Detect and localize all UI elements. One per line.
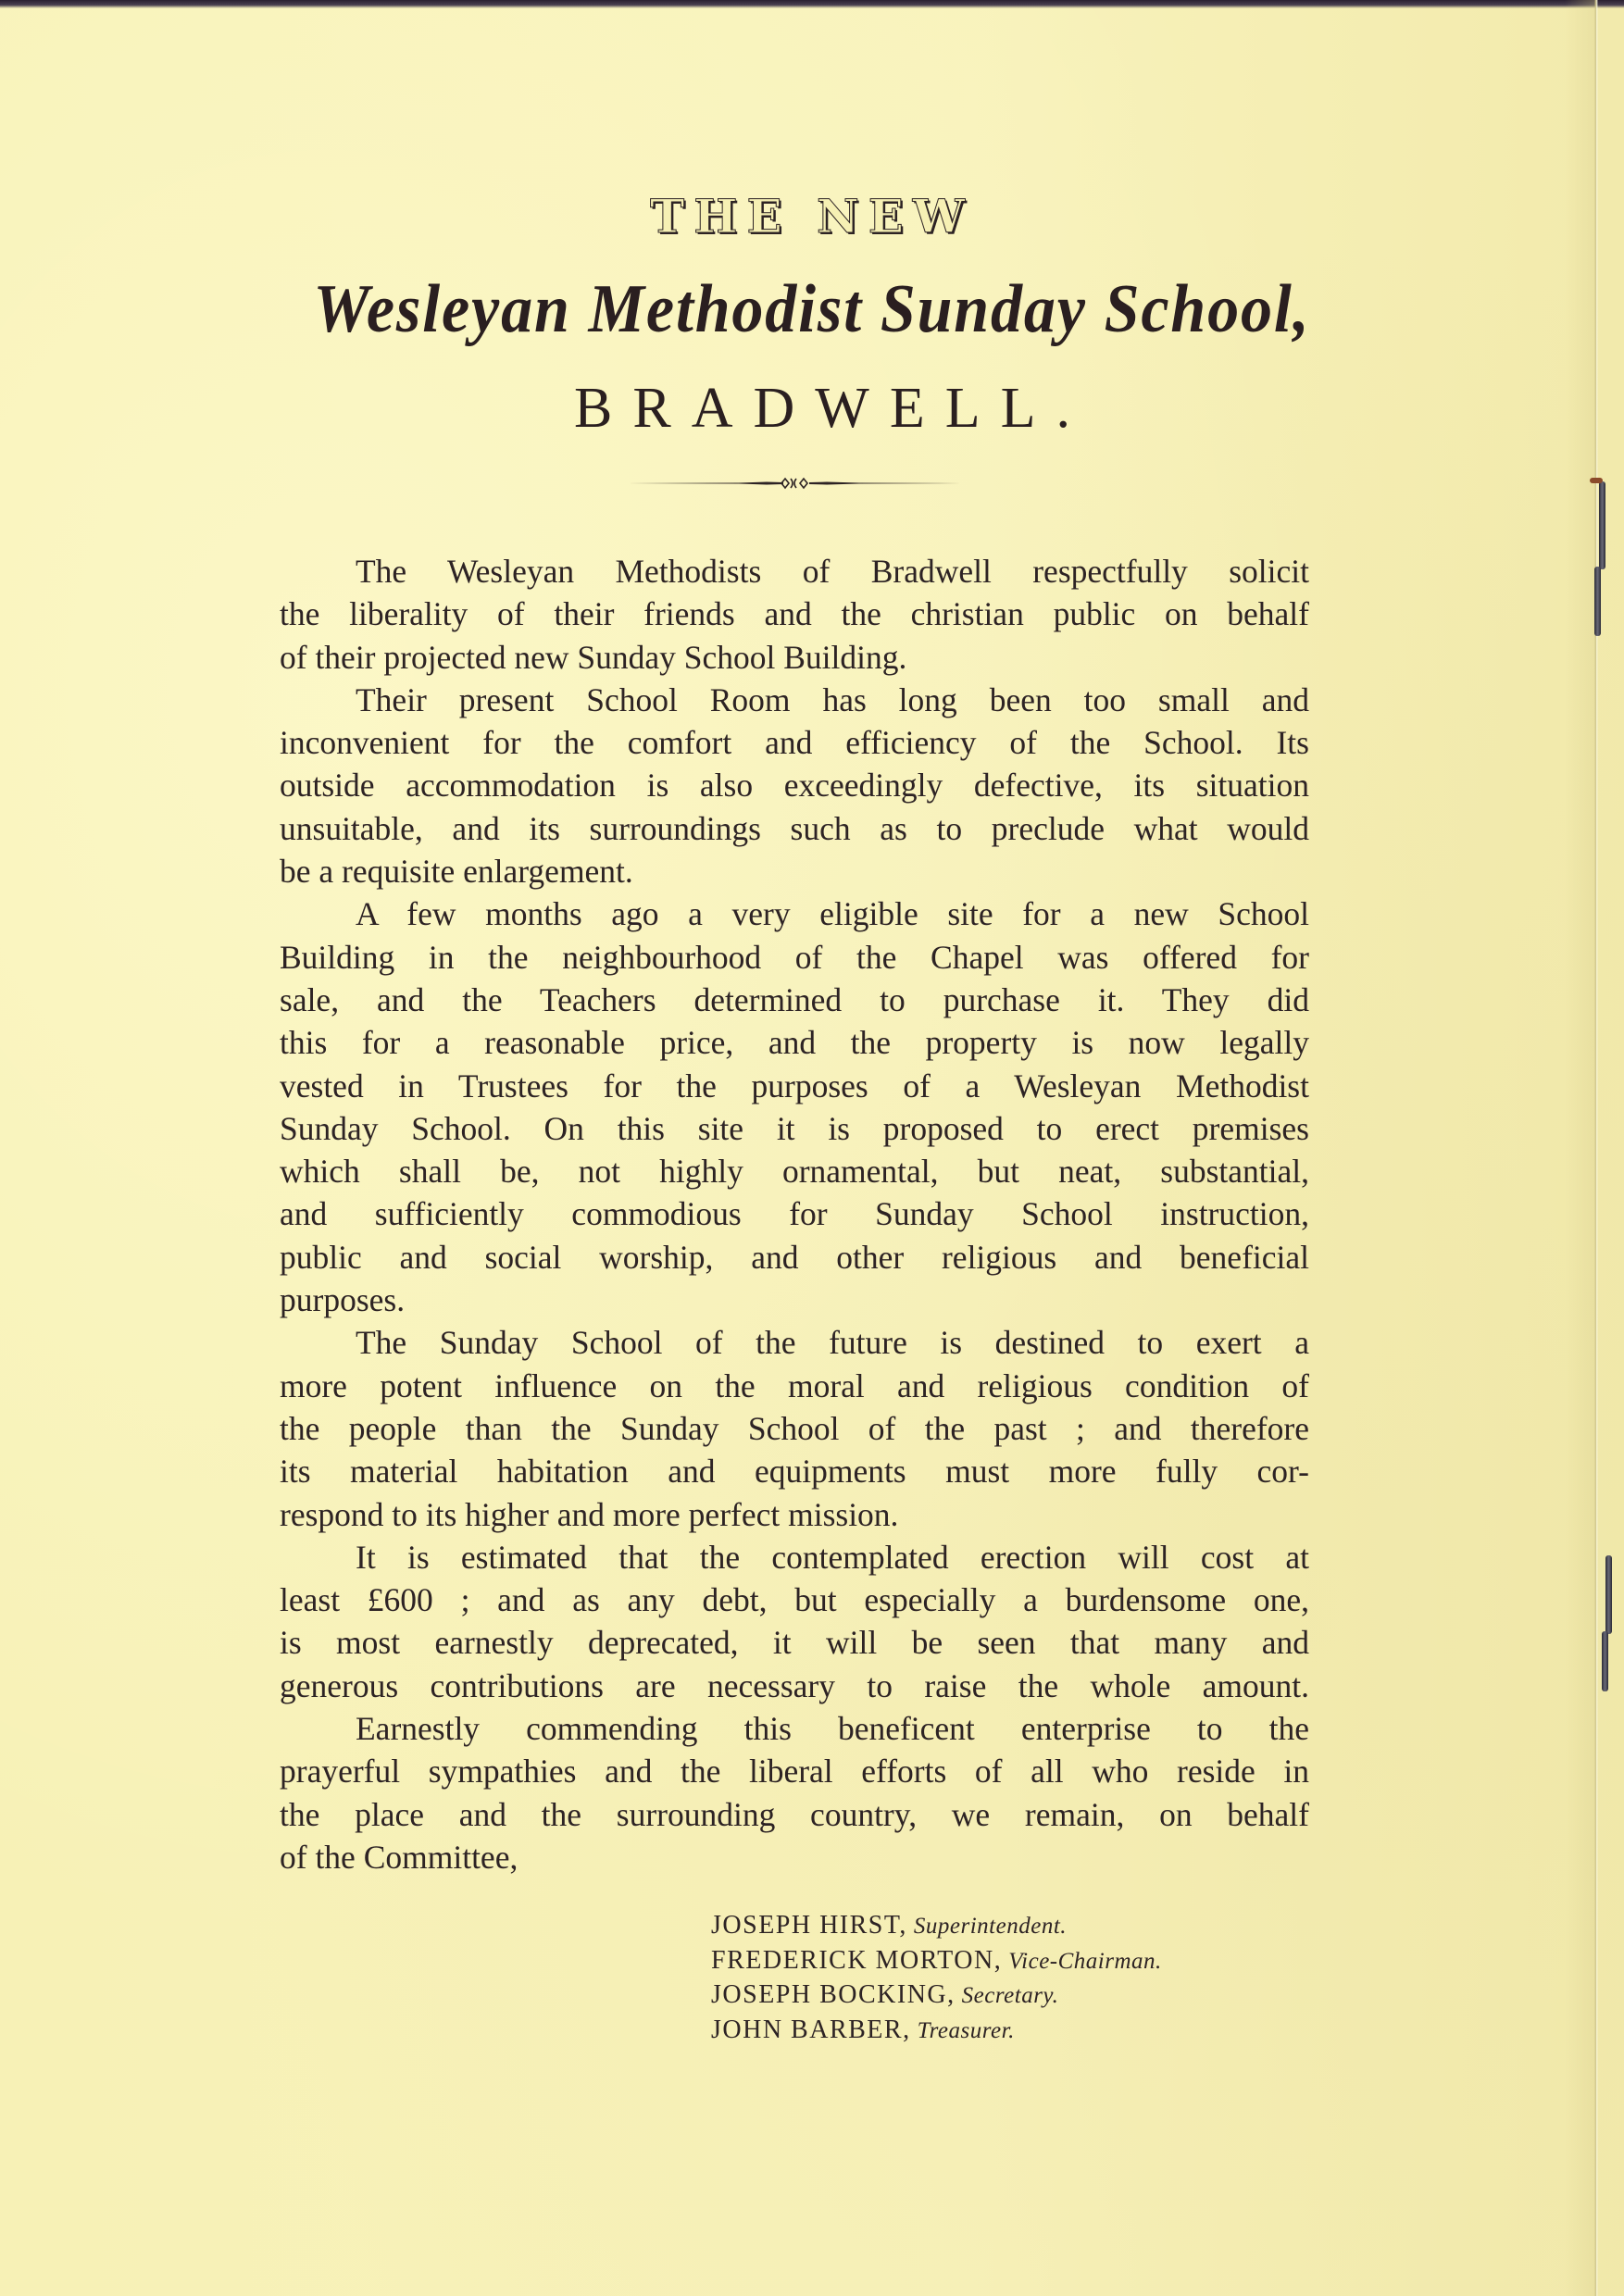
text-line: The Sunday School of the future is desti…: [280, 1321, 1309, 1364]
text-line: and sufficiently commodious for Sunday S…: [280, 1192, 1309, 1235]
appeal-body: The Wesleyan Methodists of Bradwell resp…: [280, 550, 1309, 1878]
committee-signatures: JOSEPH HIRST, Superintendent. FREDERICK …: [711, 1909, 1359, 2048]
text-line: unsuitable, and its surroundings such as…: [280, 807, 1309, 850]
text-line: It is estimated that the contemplated er…: [280, 1536, 1309, 1578]
paragraph-4: The Sunday School of the future is desti…: [280, 1321, 1309, 1535]
fold-shadow: [1565, 0, 1596, 2296]
text-line: of their projected new Sunday School Bui…: [280, 636, 1309, 679]
text-line: be a requisite enlargement.: [280, 850, 1309, 892]
text-line: Sunday School. On this site it is propos…: [280, 1107, 1309, 1150]
signatory-name: JOSEPH HIRST,: [711, 1911, 907, 1940]
heading-school-name: Wesleyan Methodist Sunday School,: [65, 270, 1559, 349]
signatory-name: FREDERICK MORTON,: [711, 1946, 1002, 1975]
text-line: the people than the Sunday School of the…: [280, 1407, 1309, 1450]
text-line: The Wesleyan Methodists of Bradwell resp…: [280, 550, 1309, 593]
text-line: Earnestly commending this beneficent ent…: [280, 1707, 1309, 1750]
text-line: the liberality of their friends and the …: [280, 593, 1309, 635]
staple-icon: [1594, 567, 1601, 636]
signatory-name: JOSEPH BOCKING,: [711, 1980, 956, 2009]
signatory-role: Vice-Chairman.: [1008, 1949, 1162, 1974]
signatory-role: Superintendent.: [914, 1914, 1067, 1939]
signatory-name: JOHN BARBER,: [711, 2015, 911, 2044]
heading-the-new: THE NEW: [0, 189, 1624, 243]
paragraph-1: The Wesleyan Methodists of Bradwell resp…: [280, 550, 1309, 679]
text-line: vested in Trustees for the purposes of a…: [280, 1065, 1309, 1107]
text-line: sale, and the Teachers determined to pur…: [280, 979, 1309, 1021]
text-line: generous contributions are necessary to …: [280, 1665, 1309, 1707]
scan-top-edge: [0, 0, 1624, 8]
paragraph-5: It is estimated that the contemplated er…: [280, 1536, 1309, 1707]
paragraph-2: Their present School Room has long been …: [280, 679, 1309, 892]
text-line: least £600 ; and as any debt, but especi…: [280, 1578, 1309, 1621]
signatory: JOSEPH BOCKING, Secretary.: [711, 1978, 1359, 2014]
text-line: public and social worship, and other rel…: [280, 1236, 1309, 1279]
text-line: this for a reasonable price, and the pro…: [280, 1021, 1309, 1064]
signatory: FREDERICK MORTON, Vice-Chairman.: [711, 1944, 1359, 1979]
text-line: purposes.: [280, 1279, 1309, 1321]
staple-icon: [1605, 1555, 1612, 1634]
text-line: of the Committee,: [280, 1836, 1309, 1878]
text-line: its material habitation and equipments m…: [280, 1450, 1309, 1492]
signatory-role: Treasurer.: [918, 2018, 1015, 2043]
heading-place: BRADWELL.: [0, 376, 1624, 442]
signatory-role: Secretary.: [962, 1983, 1059, 2008]
text-line: more potent influence on the moral and r…: [280, 1365, 1309, 1407]
text-line: respond to its higher and more perfect m…: [280, 1493, 1309, 1536]
text-line: is most earnestly deprecated, it will be…: [280, 1621, 1309, 1664]
staple-icon: [1602, 1631, 1608, 1691]
signatory: JOHN BARBER, Treasurer.: [711, 2014, 1359, 2049]
signatory: JOSEPH HIRST, Superintendent.: [711, 1909, 1359, 1944]
text-line: the place and the surrounding country, w…: [280, 1793, 1309, 1836]
ornamental-rule-icon: [628, 476, 961, 491]
paragraph-3: A few months ago a very eligible site fo…: [280, 892, 1309, 1321]
staple-icon: [1599, 481, 1605, 569]
binding-fold: [1594, 0, 1598, 2296]
text-line: A few months ago a very eligible site fo…: [280, 892, 1309, 935]
text-line: Their present School Room has long been …: [280, 679, 1309, 721]
text-line: which shall be, not highly ornamental, b…: [280, 1150, 1309, 1192]
text-line: outside accommodation is also exceedingl…: [280, 764, 1309, 806]
text-line: prayerful sympathies and the liberal eff…: [280, 1750, 1309, 1792]
paragraph-6: Earnestly commending this beneficent ent…: [280, 1707, 1309, 1878]
text-line: inconvenient for the comfort and efficie…: [280, 721, 1309, 764]
paper-page: THE NEW Wesleyan Methodist Sunday School…: [0, 0, 1624, 2296]
text-line: Building in the neighbourhood of the Cha…: [280, 936, 1309, 979]
